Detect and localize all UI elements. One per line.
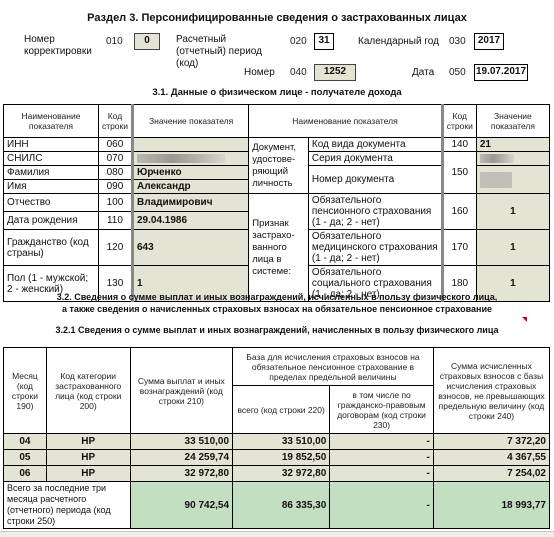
header-base-civil: в том числе по гражданско-правовым догов… [330,386,434,434]
name-field[interactable]: Александр [133,180,249,194]
year-label: Календарный год [358,36,439,48]
period-code: 020 [290,36,307,47]
header-value: Значение показателя [133,105,249,138]
total-base-total: 86 335,30 [233,482,330,529]
payments-table: Месяц (код строки 190) Код категории зас… [3,347,550,529]
section-title: Раздел 3. Персонифицированные сведения о… [0,12,554,24]
row-code: 100 [98,194,132,212]
citizenship-field[interactable]: 643 [133,230,249,266]
row-code: 090 [98,180,132,194]
category-cell[interactable]: НР [46,434,130,450]
row-name: СНИЛС [4,152,99,166]
payments-cell[interactable]: 32 972,80 [130,466,233,482]
horizontal-scrollbar[interactable] [0,531,554,537]
row-name: Фамилия [4,166,99,180]
insured-group-label: Признак застрахо-ванного лица в системе: [249,194,309,302]
date-code: 050 [449,67,466,78]
number-code: 040 [290,67,307,78]
date-field[interactable]: 19.07.2017 [474,64,528,81]
number-field[interactable]: 1252 [314,64,356,81]
header-code: Код строки [98,105,132,138]
row-code: 060 [98,138,132,152]
date-label: Дата [412,67,434,79]
section-32-title-line1: 3.2. Сведения о сумме выплат и иных возн… [0,292,554,302]
row-code: 080 [98,166,132,180]
correction-label: Номер корректировки [24,34,104,58]
base-civil-cell[interactable]: - [330,434,434,450]
header-contrib: Сумма исчисленных страховых взносов с ба… [433,348,549,434]
year-code: 030 [449,36,466,47]
contrib-cell[interactable]: 7 254,02 [433,466,549,482]
base-total-cell[interactable]: 19 852,50 [233,450,330,466]
header-payments: Сумма выплат и иных вознаграждений (код … [130,348,233,434]
header-category: Код категории застрахованного лица (код … [46,348,130,434]
patronymic-field[interactable]: Владимирович [133,194,249,212]
ins-row-code: 170 [442,230,476,266]
comment-indicator-icon[interactable] [522,317,527,322]
ins-row-code: 160 [442,194,476,230]
row-code: 110 [98,212,132,230]
correction-field[interactable]: 0 [134,33,160,50]
medical-insurance-field[interactable]: 1 [476,230,549,266]
payments-cell[interactable]: 33 510,00 [130,434,233,450]
total-payments: 90 742,54 [130,482,233,529]
correction-code: 010 [106,36,123,47]
contrib-cell[interactable]: 7 372,20 [433,434,549,450]
row-name: Гражданство (код страны) [4,230,99,266]
total-base-civil: - [330,482,434,529]
header-base-group: База для исчисления страховых взносов на… [233,348,434,386]
row-name: Имя [4,180,99,194]
header-code-2: Код строки [442,105,476,138]
period-field[interactable]: 31 [314,33,334,50]
row-name: ИНН [4,138,99,152]
contrib-cell[interactable]: 4 367,55 [433,450,549,466]
doc-row-code: 150 [442,152,476,194]
month-cell[interactable]: 04 [4,434,47,450]
year-field[interactable]: 2017 [474,33,504,50]
period-label: Расчетный (отчетный) период (код) [176,34,272,70]
section-31-title: 3.1. Данные о физическом лице - получате… [0,87,554,98]
redacted-value [137,154,225,163]
row-code: 070 [98,152,132,166]
category-cell[interactable]: НР [46,466,130,482]
header-value-2: Значение показателя [476,105,549,138]
surname-field[interactable]: Юрченко [133,166,249,180]
header-name-2: Наименование показателя [249,105,443,138]
section-32-title-line2: а также сведения о начисленных страховых… [0,304,554,314]
section-321-title: 3.2.1 Сведения о сумме выплат и иных воз… [0,325,554,335]
base-civil-cell[interactable]: - [330,466,434,482]
row-name: Отчество [4,194,99,212]
base-total-cell[interactable]: 32 972,80 [233,466,330,482]
ins-row-name: Обязательного пенсионного страхования (1… [308,194,442,230]
ins-row-name: Обязательного медицинского страхования (… [308,230,442,266]
doc-type-field[interactable]: 21 [476,138,549,152]
doc-row-name: Серия документа [308,152,442,166]
doc-row-name: Код вида документа [308,138,442,152]
header-name: Наименование показателя [4,105,99,138]
doc-row-code: 140 [442,138,476,152]
row-code: 120 [98,230,132,266]
snils-field[interactable] [133,152,249,166]
month-cell[interactable]: 05 [4,450,47,466]
header-base-total: всего (код строки 220) [233,386,330,434]
doc-row-name: Номер документа [308,166,442,194]
redacted-value [480,154,514,163]
doc-series-field[interactable] [476,152,549,166]
row-name: Дата рождения [4,212,99,230]
total-label: Всего за последние три месяца расчетного… [4,482,131,529]
number-label: Номер [244,67,275,79]
birth-date-field[interactable]: 29.04.1986 [133,212,249,230]
doc-number-field[interactable] [476,166,549,194]
inn-field[interactable] [133,138,249,152]
doc-group-label: Документ, удостове-ряющий личность [249,138,309,194]
pension-insurance-field[interactable]: 1 [476,194,549,230]
base-total-cell[interactable]: 33 510,00 [233,434,330,450]
person-data-table: Наименование показателя Код строки Значе… [3,104,550,302]
month-cell[interactable]: 06 [4,466,47,482]
base-civil-cell[interactable]: - [330,450,434,466]
payments-cell[interactable]: 24 259,74 [130,450,233,466]
category-cell[interactable]: НР [46,450,130,466]
redacted-value [480,172,512,188]
header-month: Месяц (код строки 190) [4,348,47,434]
total-contrib: 18 993,77 [433,482,549,529]
